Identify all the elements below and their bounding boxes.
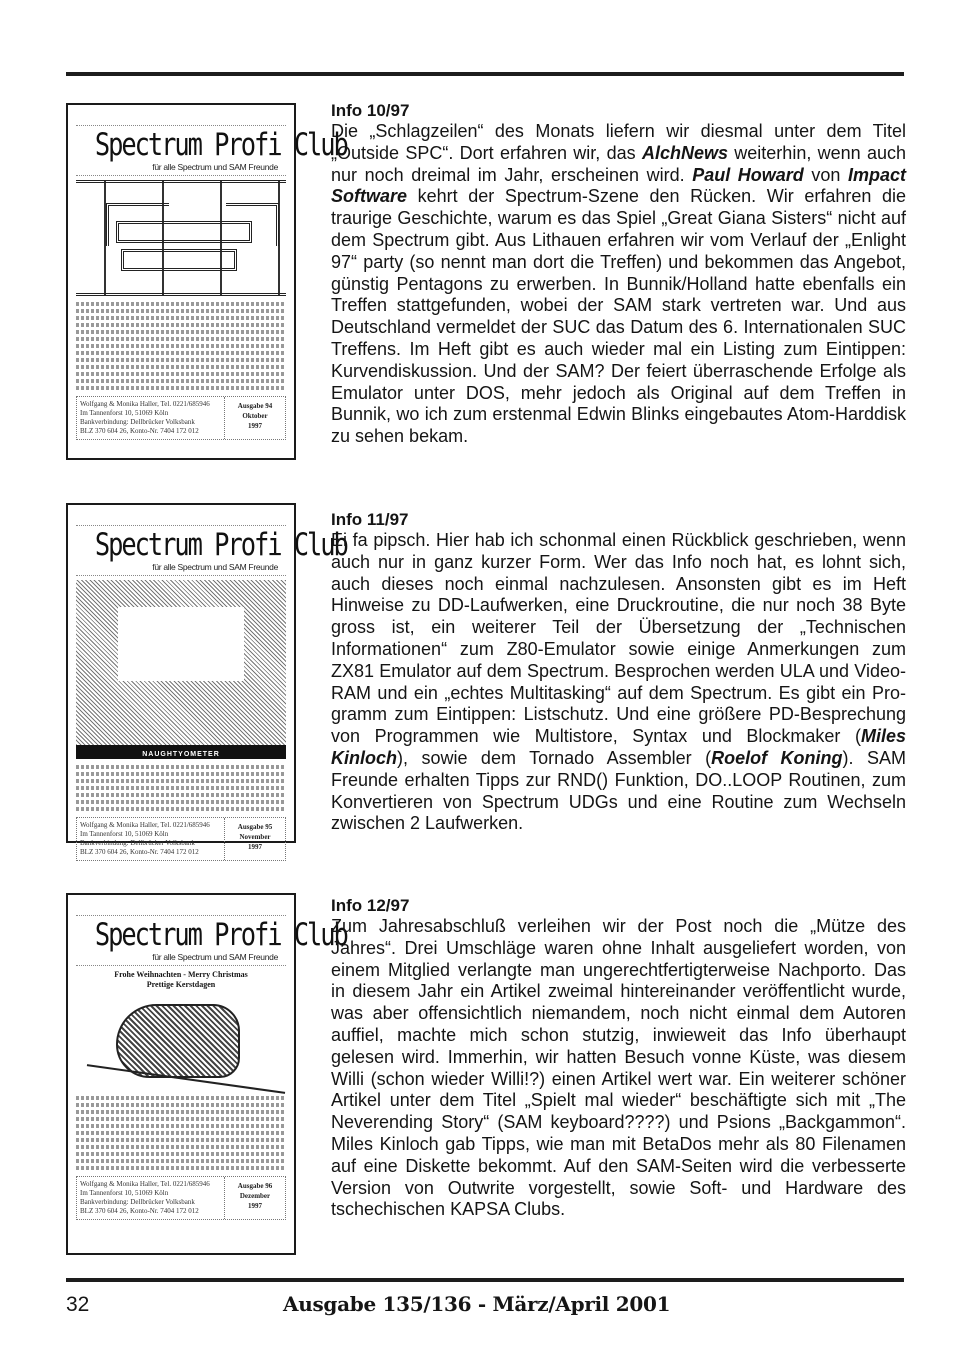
room-image: NAUGHTYOMETER (76, 580, 286, 759)
article-body: Zum Jahresabschluß verleihen wir der Pos… (331, 916, 906, 1221)
bottom-rule (66, 1278, 904, 1282)
article-info-11-97: Info 11/97 Ei fa pipsch. Hier hab ich sc… (331, 510, 906, 835)
cover-contents-list (76, 1096, 286, 1170)
imprint-address: Wolfgang & Monika Haller, Tel. 0221/6859… (77, 397, 225, 439)
imprint-issue: Ausgabe 95 November 1997 (225, 818, 285, 860)
cover-masthead: Spectrum Profi Club für alle Spectrum un… (76, 525, 286, 576)
article-body: Die „Schlagzeilen“ des Monats liefern wi… (331, 121, 906, 448)
emphasized-name: AlchNews (642, 143, 728, 163)
cover-masthead: Spectrum Profi Club für alle Spectrum un… (76, 125, 286, 176)
cover-masthead: Spectrum Profi Club für alle Spectrum un… (76, 915, 286, 966)
top-rule (66, 72, 904, 76)
imprint-issue: Ausgabe 96 Dezember 1997 (225, 1177, 285, 1219)
article-body: Ei fa pipsch. Hier hab ich schonmal eine… (331, 530, 906, 835)
emphasized-name: Impact Software (331, 165, 906, 207)
cover-thumbnail-dezember-1997: Spectrum Profi Club für alle Spectrum un… (66, 893, 296, 1255)
article-title: Info 10/97 (331, 101, 906, 121)
article-info-10-97: Info 10/97 Die „Schlagzeilen“ des Monats… (331, 101, 906, 448)
maze-image (76, 180, 286, 296)
cover-imprint: Wolfgang & Monika Haller, Tel. 0221/6859… (76, 396, 286, 440)
masthead-title: Spectrum Profi Club (95, 128, 267, 162)
cover-imprint: Wolfgang & Monika Haller, Tel. 0221/6859… (76, 1176, 286, 1220)
masthead-subtitle: für alle Spectrum und SAM Freunde (76, 952, 286, 962)
masthead-subtitle: für alle Spectrum und SAM Freunde (76, 162, 286, 172)
cover-thumbnail-november-1997: Spectrum Profi Club für alle Spectrum un… (66, 503, 296, 843)
article-title: Info 12/97 (331, 896, 906, 916)
article-title: Info 11/97 (331, 510, 906, 530)
article-info-12-97: Info 12/97 Zum Jahresabschluß verleihen … (331, 896, 906, 1221)
greeting-line-2: Prettige Kerstdagen (76, 980, 286, 990)
cover-contents-list (76, 302, 286, 390)
art-caption: NAUGHTYOMETER (76, 751, 286, 758)
santa-image: Frohe Weihnachten - Merry Christmas Pret… (76, 970, 286, 1090)
page-number: 32 (66, 1293, 89, 1317)
masthead-title: Spectrum Profi Club (95, 528, 267, 562)
masthead-title: Spectrum Profi Club (95, 918, 267, 952)
imprint-address: Wolfgang & Monika Haller, Tel. 0221/6859… (77, 818, 225, 860)
footer-issue-label: Ausgabe 135/136 - März/April 2001 (283, 1292, 670, 1316)
cover-contents-list (76, 765, 286, 811)
imprint-issue: Ausgabe 94 Oktober 1997 (225, 397, 285, 439)
cover-imprint: Wolfgang & Monika Haller, Tel. 0221/6859… (76, 817, 286, 861)
emphasized-name: Roelof Koning (711, 748, 842, 768)
greeting-line-1: Frohe Weihnachten - Merry Christmas (76, 970, 286, 980)
emphasized-name: Paul Howard (692, 165, 804, 185)
cover-art-maze-game (76, 180, 286, 296)
cover-thumbnail-oktober-1997: Spectrum Profi Club für alle Spectrum un… (66, 103, 296, 460)
imprint-address: Wolfgang & Monika Haller, Tel. 0221/6859… (77, 1177, 225, 1219)
cover-art-skiing-santa: Frohe Weihnachten - Merry Christmas Pret… (76, 970, 286, 1090)
masthead-subtitle: für alle Spectrum und SAM Freunde (76, 562, 286, 572)
cover-art-room-scene: NAUGHTYOMETER (76, 580, 286, 759)
